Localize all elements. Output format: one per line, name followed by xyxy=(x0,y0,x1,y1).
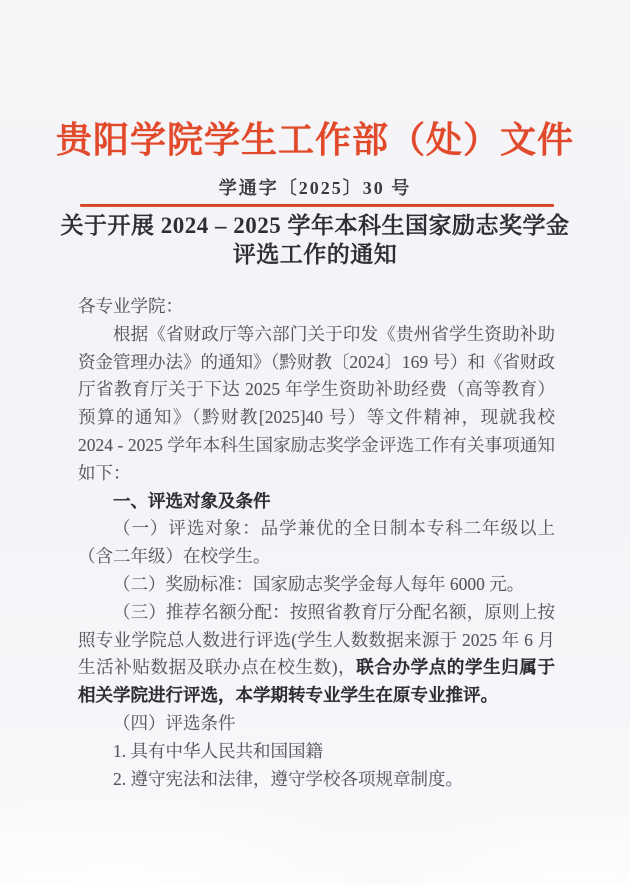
condition-2: 2. 遵守宪法和法律，遵守学校各项规章制度。 xyxy=(78,766,555,794)
salutation: 各专业学院： xyxy=(78,293,555,321)
item-4-heading: （四）评选条件 xyxy=(78,710,555,738)
item-1-selection-target: （一）评选对象：品学兼优的全日制本专科二年级以上（含二年级）在校学生。 xyxy=(78,515,555,571)
header-divider-rule xyxy=(80,204,554,207)
notice-title-line2: 评选工作的通知 xyxy=(0,240,630,269)
intro-paragraph: 根据《省财政厅等六部门关于印发《贵州省学生资助补助资金管理办法》的通知》（黔财教… xyxy=(78,321,555,488)
condition-1: 1. 具有中华人民共和国国籍 xyxy=(78,738,555,766)
scanned-document-page: 贵阳学院学生工作部（处）文件 学通字〔2025〕30 号 关于开展 2024 –… xyxy=(0,0,630,884)
item-2-award-standard: （二）奖励标准：国家励志奖学金每人每年 6000 元。 xyxy=(78,571,555,599)
document-number: 学通字〔2025〕30 号 xyxy=(0,174,630,200)
notice-title-line1: 关于开展 2024 – 2025 学年本科生国家励志奖学金 xyxy=(0,211,630,240)
document-header-org-title: 贵阳学院学生工作部（处）文件 xyxy=(0,112,630,163)
notice-title: 关于开展 2024 – 2025 学年本科生国家励志奖学金 评选工作的通知 xyxy=(0,211,630,269)
section-1-heading: 一、评选对象及条件 xyxy=(78,488,555,516)
notice-body: 各专业学院： 根据《省财政厅等六部门关于印发《贵州省学生资助补助资金管理办法》的… xyxy=(78,293,555,793)
item-3-quota-allocation: （三）推荐名额分配：按照省教育厅分配名额，原则上按照专业学院总人数进行评选(学生… xyxy=(78,599,555,710)
